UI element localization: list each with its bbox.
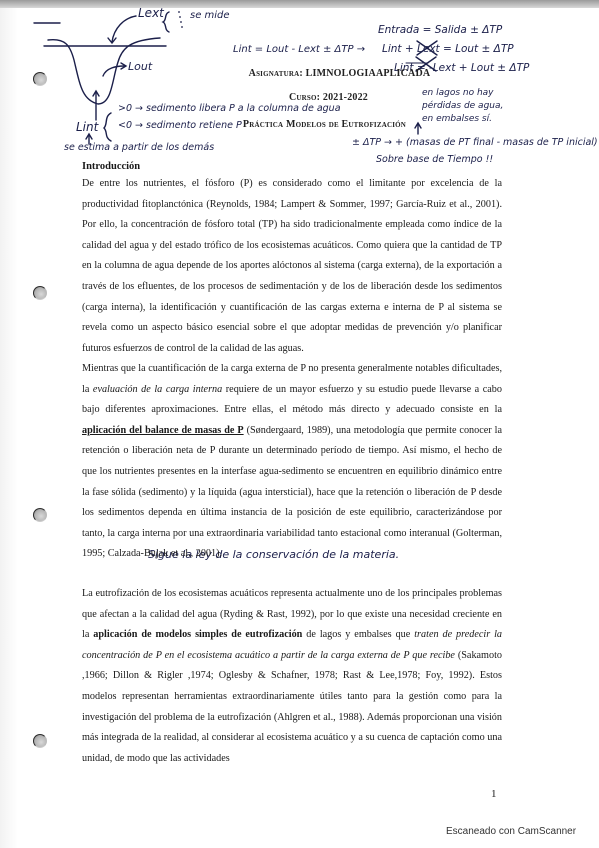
note-delta-tp: ± ΔTP → + (masas de PT final - masas de … xyxy=(352,137,598,148)
paragraph-2-text-c: (Søndergaard, 1989), una metodología que… xyxy=(82,425,502,560)
course-header: Curso: 2021-2022 xyxy=(0,92,599,103)
note-balance-1: Entrada = Salida ± ΔTP xyxy=(378,24,502,36)
paragraph-2-italic: evaluación de la carga interna xyxy=(93,384,222,395)
paragraph-2-emphasis: aplicación del balance de masas de P xyxy=(82,425,244,436)
course-value: 2021-2022 xyxy=(323,92,368,103)
paragraph-3-text-b: de lagos y embalses que xyxy=(302,629,414,640)
page-number: 1 xyxy=(491,788,497,800)
paragraph-2: Mientras que la cuantificación de la car… xyxy=(82,359,502,565)
paragraph-3: La eutrofización de los ecosistemas acuá… xyxy=(82,584,502,769)
note-lext-label: Lext xyxy=(138,6,164,20)
section-title: Introducción xyxy=(82,161,140,172)
paragraph-3-bold: aplicación de modelos simples de eutrofi… xyxy=(93,629,302,640)
subject-header: Asignatura: LIMNOLOGIAAPLICADA xyxy=(0,68,599,79)
paragraph-1: De entre los nutrientes, el fósforo (P) … xyxy=(82,174,502,359)
note-balance-2: Lint + Lext = Lout ± ΔTP xyxy=(382,43,514,55)
course-label: Curso: xyxy=(289,92,320,103)
practice-title-topic: Modelos de Eutrofización xyxy=(286,119,406,130)
paragraph-1-text: De entre los nutrientes, el fósforo (P) … xyxy=(82,174,502,359)
paragraph-3-text-c: (Sakamoto ,1966; Dillon & Rigler ,1974; … xyxy=(82,650,502,764)
subject-label: Asignatura: xyxy=(249,68,303,79)
note-lint-positive: >0 → sedimento libera P a la columna de … xyxy=(118,103,341,114)
note-lext-measured: se mide xyxy=(190,10,230,21)
note-lint-estimate: se estima a partir de los demás xyxy=(64,142,214,153)
note-equation-1: Lint = Lout - Lext ± ΔTP → xyxy=(233,44,365,55)
practice-title: Práctica Modelos de Eutrofización xyxy=(0,119,599,130)
practice-title-word: Práctica xyxy=(243,119,283,130)
note-time-base: Sobre base de Tiempo !! xyxy=(376,154,493,165)
subject-value: LIMNOLOGIAAPLICADA xyxy=(306,68,431,79)
camscanner-watermark: Escaneado con CamScanner xyxy=(446,826,576,837)
